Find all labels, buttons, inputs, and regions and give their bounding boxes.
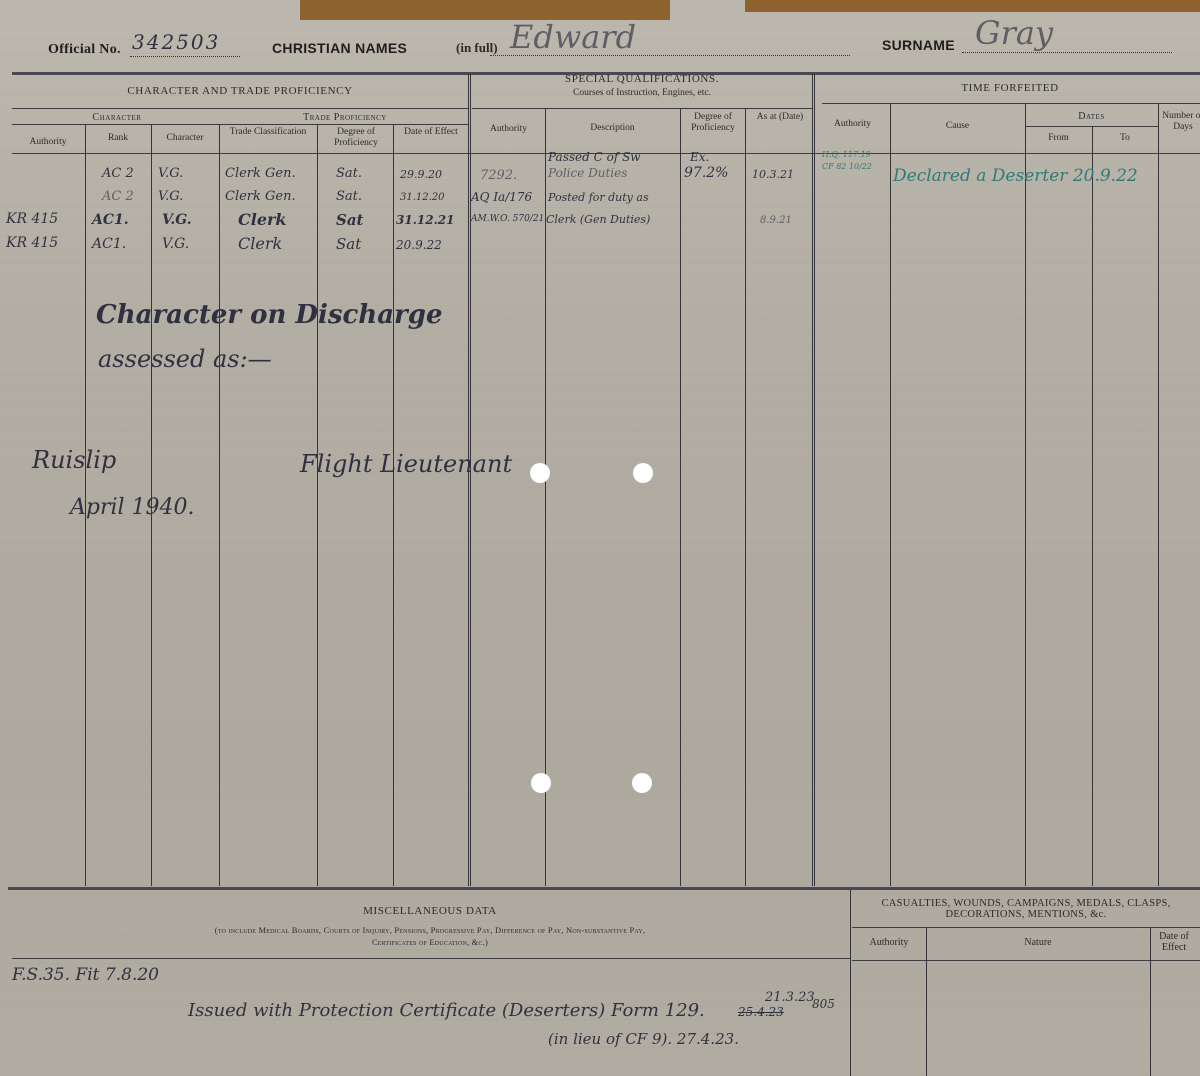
rule xyxy=(822,103,1200,104)
rule xyxy=(472,108,812,109)
cell-tf-authority: CF 82 10/22 xyxy=(822,162,872,171)
cell-sq-description: Clerk (Gen Duties) xyxy=(546,213,650,226)
time-forfeited-title: TIME FORFEITED xyxy=(815,82,1200,94)
service-record-sheet: Official No. 342503 CHRISTIAN NAMES (in … xyxy=(0,0,1200,1076)
group-trade-proficiency: Trade Proficiency xyxy=(222,112,468,123)
col-tf-days: Number of Days xyxy=(1158,111,1200,133)
col-tf-cause: Cause xyxy=(890,121,1025,132)
col-trade-classification: Trade Classification xyxy=(225,127,311,138)
cell-trade: Clerk xyxy=(238,210,287,229)
tape-strip xyxy=(745,0,1200,12)
misc-entry-struck: 25.4.23 xyxy=(738,1005,784,1019)
surname-value: Gray xyxy=(975,14,1053,52)
casualties-title: CASUALTIES, WOUNDS, CAMPAIGNS, MEDALS, C… xyxy=(852,898,1200,909)
official-no-label: Official No. xyxy=(48,42,121,58)
section-divider xyxy=(850,890,851,1076)
discharge-note-line2: assessed as:— xyxy=(98,345,272,373)
cell-rank: AC 2 xyxy=(102,166,134,181)
col-sq-proficiency: Degree of Proficiency xyxy=(684,112,742,134)
cell-date: 31.12.21 xyxy=(396,213,454,227)
col-sq-description: Description xyxy=(545,123,680,134)
discharge-rank: Flight Lieutenant xyxy=(300,450,512,478)
rule xyxy=(852,927,1200,928)
tape-strip xyxy=(300,0,670,20)
casualties-title: DECORATIONS, MENTIONS, &c. xyxy=(852,909,1200,920)
official-no-value: 342503 xyxy=(132,30,220,54)
cell-tf-cause: Declared a Deserter 20.9.22 xyxy=(893,166,1138,186)
cell-sq-date: 10.3.21 xyxy=(752,168,794,181)
cell-proficiency: Sat. xyxy=(336,166,362,181)
rule xyxy=(12,108,468,109)
cell-trade: Clerk xyxy=(238,234,282,253)
cell-rank: AC 2 xyxy=(102,189,134,204)
cell-authority: KR 415 xyxy=(6,211,58,227)
col-tf-to: To xyxy=(1092,133,1158,144)
christian-names-label: CHRISTIAN NAMES xyxy=(272,40,407,56)
col-cas-date: Date of Effect xyxy=(1152,931,1196,953)
cell-character: V.G. xyxy=(162,212,192,228)
surname-dotted-line xyxy=(962,52,1172,53)
cell-sq-description: Posted for duty as xyxy=(548,191,649,204)
cell-sq-description: Police Duties xyxy=(548,166,627,180)
punch-hole xyxy=(530,463,550,483)
misc-data-subtitle: Certificates of Education, &c.) xyxy=(12,937,848,947)
col-sq-authority: Authority xyxy=(472,124,545,135)
cell-sq-proficiency: Ex. xyxy=(690,150,709,164)
cell-sq-authority: 7292. xyxy=(480,168,517,183)
lower-rule xyxy=(8,887,1200,890)
cell-proficiency: Sat xyxy=(336,235,361,253)
cell-character: V.G. xyxy=(162,236,189,252)
cell-sq-date: 8.9.21 xyxy=(760,215,792,226)
rule xyxy=(852,960,1200,961)
rule xyxy=(12,958,850,959)
col-rank: Rank xyxy=(85,133,151,144)
cell-sq-description: Passed C of Sw xyxy=(548,150,641,164)
cell-trade: Clerk Gen. xyxy=(225,189,296,204)
punch-hole xyxy=(632,773,652,793)
cell-date: 29.9.20 xyxy=(400,168,442,181)
official-no-dotted-line xyxy=(130,56,240,57)
misc-entry-date: 21.3.23 xyxy=(765,990,815,1005)
col-degree-of-proficiency: Degree of Proficiency xyxy=(322,127,390,149)
christian-names-value: Edward xyxy=(510,18,636,56)
cell-character: V.G. xyxy=(158,189,183,204)
cell-sq-authority: AM.W.O. 570/21 xyxy=(471,214,544,224)
cell-tf-authority: H.Q. 117.19 xyxy=(822,150,871,159)
cell-sq-authority: AQ Ia/176 xyxy=(471,190,532,204)
col-sq-as-at: As at (Date) xyxy=(750,112,810,123)
cell-rank: AC1. xyxy=(92,236,126,252)
misc-entry: Issued with Protection Certificate (Dese… xyxy=(188,1000,705,1021)
cell-rank: AC1. xyxy=(92,212,129,228)
cell-date: 20.9.22 xyxy=(396,238,442,252)
misc-data-subtitle: (to include Medical Boards, Courts of In… xyxy=(12,925,848,935)
discharge-note-line1: Character on Discharge xyxy=(96,300,442,330)
col-cas-authority: Authority xyxy=(852,937,926,948)
special-qualifications-subtitle: Courses of Instruction, Engines, etc. xyxy=(472,88,812,98)
misc-entry: (in lieu of CF 9). 27.4.23. xyxy=(548,1030,739,1048)
cell-authority: KR 415 xyxy=(6,235,58,251)
column-line xyxy=(393,124,394,886)
column-line xyxy=(1158,103,1159,886)
rule xyxy=(12,124,468,125)
col-date-of-effect: Date of Effect xyxy=(400,127,462,138)
cell-proficiency: Sat xyxy=(336,211,363,229)
col-authority: Authority xyxy=(12,137,84,148)
cell-trade: Clerk Gen. xyxy=(225,166,296,181)
column-line xyxy=(926,928,927,1076)
column-line xyxy=(1092,126,1093,886)
column-line xyxy=(1150,928,1151,1076)
misc-data-title: MISCELLANEOUS DATA xyxy=(12,905,848,917)
column-line xyxy=(890,103,891,886)
column-line xyxy=(317,124,318,886)
col-tf-authority: Authority xyxy=(815,119,890,130)
cell-proficiency: Sat. xyxy=(336,189,362,204)
discharge-place: Ruislip xyxy=(32,446,116,474)
column-line xyxy=(1025,103,1026,886)
col-character: Character xyxy=(151,133,219,144)
surname-label: SURNAME xyxy=(882,37,955,53)
group-character: Character xyxy=(12,112,222,123)
special-qualifications-title: SPECIAL QUALIFICATIONS. xyxy=(472,73,812,85)
group-dates: Dates xyxy=(1025,111,1158,122)
section-divider xyxy=(812,74,815,886)
col-tf-from: From xyxy=(1025,133,1092,144)
cell-sq-proficiency: 97.2% xyxy=(684,165,728,181)
cell-character: V.G. xyxy=(158,166,183,181)
column-line xyxy=(219,124,220,886)
cell-date: 31.12.20 xyxy=(400,192,445,203)
column-line xyxy=(745,108,746,886)
column-line xyxy=(680,108,681,886)
misc-entry-ref: 805 xyxy=(812,997,835,1011)
punch-hole xyxy=(531,773,551,793)
discharge-date: April 1940. xyxy=(70,495,195,520)
character-trade-title: CHARACTER AND TRADE PROFICIENCY xyxy=(12,85,468,97)
punch-hole xyxy=(633,463,653,483)
christian-names-suffix: (in full) xyxy=(456,40,498,56)
col-cas-nature: Nature xyxy=(926,937,1150,948)
misc-entry: F.S.35. Fit 7.8.20 xyxy=(12,965,159,985)
